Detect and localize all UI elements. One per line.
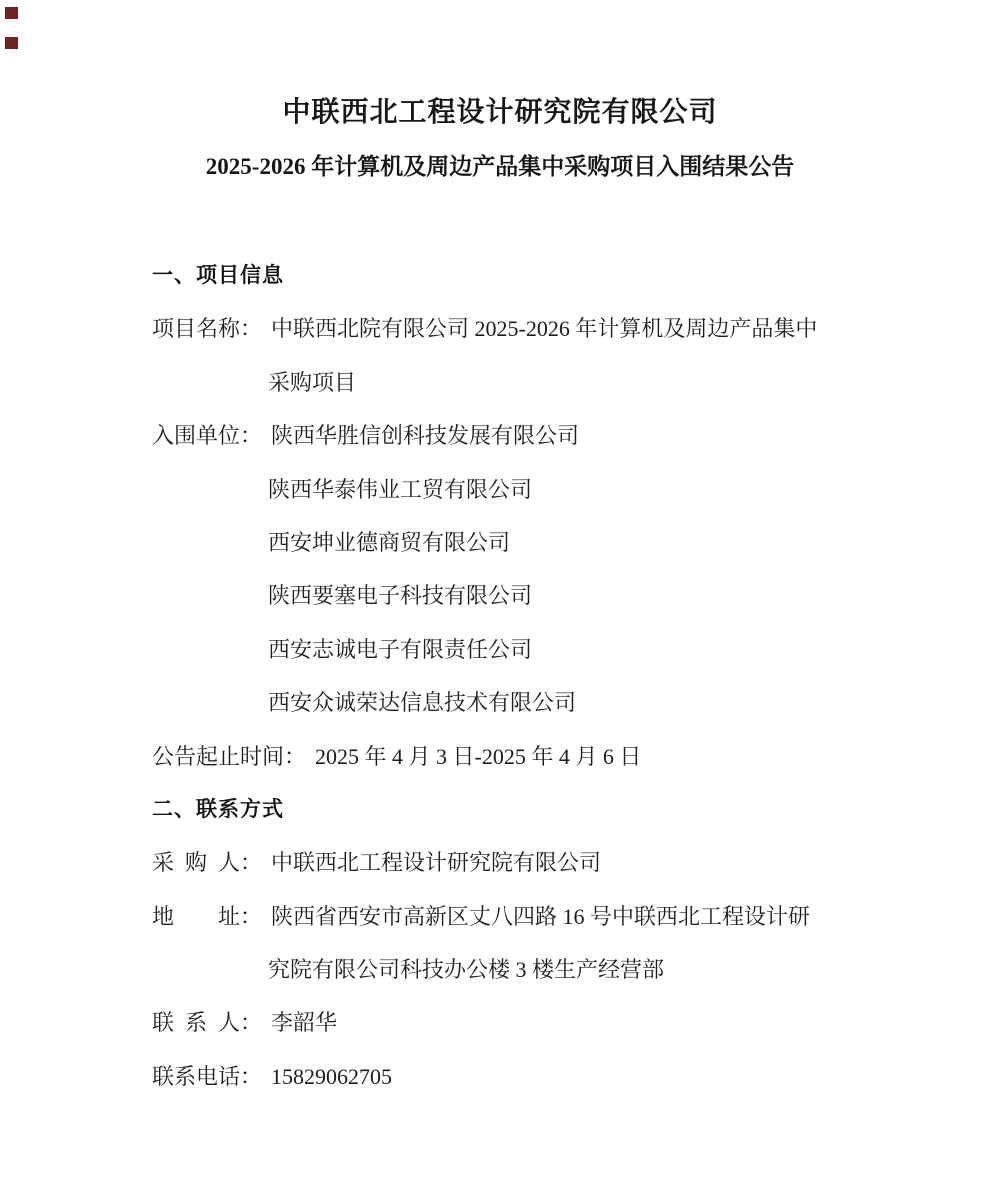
red-square-marker [5,37,18,49]
address-line: 地址：陕西省西安市高新区丈八四路 16 号中联西北工程设计研 [152,903,970,956]
red-square-marker [5,7,18,19]
project-name-value: 中联西北院有限公司 2025-2026 年计算机及周边产品集中 [271,315,817,343]
document-subtitle: 2025-2026 年计算机及周边产品集中采购项目入围结果公告 [0,148,1000,181]
phone-label: 联系电话 [152,1063,240,1091]
notice-period-label: 公告起止时间 [152,744,284,769]
contact-label: 联系人 [152,1009,240,1037]
colon: ： [240,1063,262,1091]
buyer-value: 中联西北工程设计研究院有限公司 [271,849,601,877]
colon: ： [240,903,262,931]
colon: ： [240,1009,262,1037]
winners-label: 入围单位 [152,422,240,450]
colon: ： [240,849,262,877]
phone-line: 联系电话：15829062705 [152,1063,970,1116]
section-1-heading: 一、项目信息 [152,262,970,315]
notice-period-value: 2025 年 4 月 3 日-2025 年 4 月 6 日 [315,743,641,771]
phone-value: 15829062705 [271,1063,392,1091]
winner-item: 西安志诚电子有限责任公司 [152,636,970,689]
document-body: 一、项目信息 项目名称：中联西北院有限公司 2025-2026 年计算机及周边产… [152,262,970,1116]
colon: ： [240,315,262,343]
project-name-continuation: 采购项目 [152,369,970,422]
contact-value: 李韶华 [271,1009,337,1037]
address-value: 陕西省西安市高新区丈八四路 16 号中联西北工程设计研 [271,903,810,931]
winner-item: 西安众诚荣达信息技术有限公司 [152,689,970,742]
colon: ： [284,743,306,771]
notice-period-line: 公告起止时间：2025 年 4 月 3 日-2025 年 4 月 6 日 [152,743,970,796]
document-page: 中联西北工程设计研究院有限公司 2025-2026 年计算机及周边产品集中采购项… [0,0,1000,1189]
address-continuation: 究院有限公司科技办公楼 3 楼生产经营部 [152,956,970,1009]
project-name-line: 项目名称：中联西北院有限公司 2025-2026 年计算机及周边产品集中 [152,315,970,368]
document-title: 中联西北工程设计研究院有限公司 [0,90,1000,130]
buyer-line: 采购人：中联西北工程设计研究院有限公司 [152,849,970,902]
project-name-label: 项目名称 [152,315,240,343]
winner-item: 陕西华泰伟业工贸有限公司 [152,476,970,529]
section-2-heading: 二、联系方式 [152,796,970,849]
contact-line: 联系人：李韶华 [152,1009,970,1062]
colon: ： [240,422,262,450]
address-label: 地址 [152,903,240,931]
winners-line: 入围单位：陕西华胜信创科技发展有限公司 [152,422,970,475]
winner-item: 陕西要塞电子科技有限公司 [152,582,970,635]
winner-item: 陕西华胜信创科技发展有限公司 [271,422,579,450]
winner-item: 西安坤业德商贸有限公司 [152,529,970,582]
buyer-label: 采购人 [152,849,240,877]
